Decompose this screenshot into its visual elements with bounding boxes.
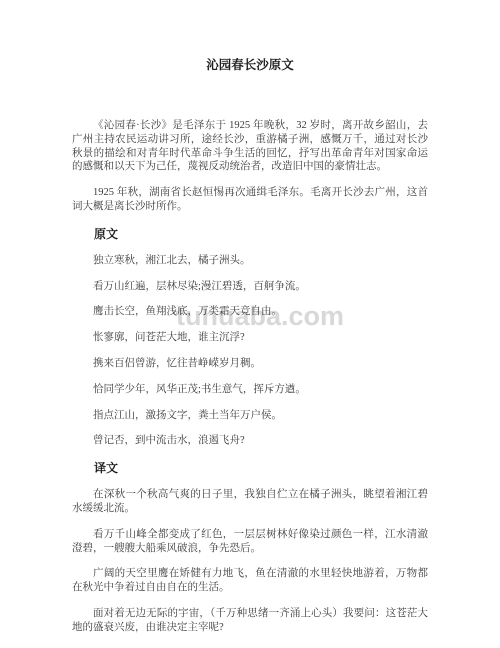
document-content: 沁园春长沙原文 《沁园春·长沙》是毛泽东于 1925 年晚秋，32 岁时，离开故… <box>72 58 428 635</box>
document-page: tuhuaba.com 沁园春长沙原文 《沁园春·长沙》是毛泽东于 1925 年… <box>0 0 500 648</box>
section-heading-translation: 译文 <box>72 461 428 475</box>
translation-paragraph: 面对着无边无际的宇宙，（千万种思绪一齐涌上心头）我要问：这苍茫大地的盛衰兴废，由… <box>72 607 428 635</box>
translation-paragraph: 看万千山峰全都变成了红色，一层层树林好像染过颜色一样，江水清澈澄碧，一艘艘大船乘… <box>72 528 428 556</box>
poem-line: 指点江山，激扬文字，粪土当年万户侯。 <box>72 409 428 423</box>
translation-paragraph: 广阔的天空里鹰在矫健有力地飞，鱼在清澈的水里轻快地游着，万物都在秋光中争着过自由… <box>72 567 428 595</box>
intro-paragraph: 1925 年秋，湖南省长赵恒惕再次通缉毛泽东。毛离开长沙去广州，这首词大概是离长… <box>72 186 428 214</box>
intro-paragraph: 《沁园春·长沙》是毛泽东于 1925 年晚秋，32 岁时，离开故乡韶山，去广州主… <box>72 119 428 174</box>
poem-line: 怅寥廓，问苍茫大地，谁主沉浮? <box>72 331 428 345</box>
poem-line: 曾记否，到中流击水，浪遏飞舟? <box>72 434 428 448</box>
poem-line: 独立寒秋，湘江北去，橘子洲头。 <box>72 254 428 268</box>
poem-line: 看万山红遍，层林尽染;漫江碧透，百舸争流。 <box>72 280 428 294</box>
page-title: 沁园春长沙原文 <box>72 58 428 73</box>
poem-line: 恰同学少年，风华正茂;书生意气，挥斥方遒。 <box>72 383 428 397</box>
section-heading-original: 原文 <box>72 227 428 241</box>
translation-paragraph: 在深秋一个秋高气爽的日子里，我独自伫立在橘子洲头，眺望着湘江碧水缓缓北流。 <box>72 488 428 516</box>
poem-line: 鹰击长空，鱼翔浅底，万类霜天竞自由。 <box>72 305 428 319</box>
poem-line: 携来百侣曾游，忆往昔峥嵘岁月稠。 <box>72 357 428 371</box>
